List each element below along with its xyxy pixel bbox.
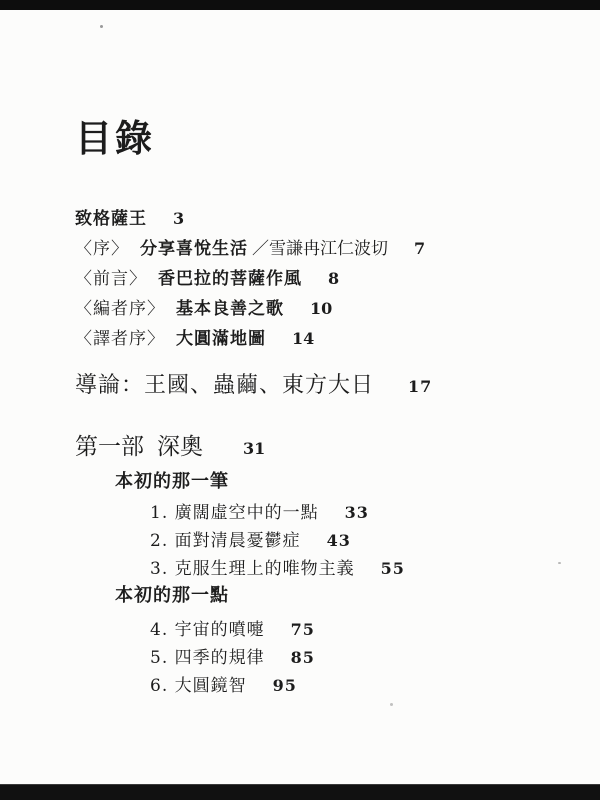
part-name: 深奧 <box>157 434 203 460</box>
chapter-item: 3. 克服生理上的唯物主義55 <box>150 555 575 583</box>
page-title: 目錄 <box>75 120 575 157</box>
chapter-item: 1. 廣闊虛空中的一點33 <box>150 499 575 527</box>
page-number: 10 <box>310 299 332 318</box>
toc-entry: 〈編者序〉基本良善之歌10 <box>75 294 575 324</box>
front-matter-list: 致格薩王3 〈序〉分享喜悅生活／雪謙冉江仁波切7 〈前言〉香巴拉的菩薩作風8 〈… <box>75 204 575 354</box>
page-number: 31 <box>243 439 265 458</box>
chapter-list: 4. 宇宙的噴嚏75 5. 四季的規律85 6. 大圓鏡智95 <box>75 616 575 700</box>
page-number: 75 <box>291 620 315 639</box>
entry-title: 大圓滿地圖 <box>176 329 266 349</box>
page-number: 8 <box>328 269 339 288</box>
chapter-item: 5. 四季的規律85 <box>150 644 575 672</box>
page-number: 14 <box>292 329 314 348</box>
chapter-label: 5. 四季的規律 <box>150 648 265 668</box>
page-number: 95 <box>273 676 297 695</box>
chapter-item: 2. 面對清晨憂鬱症43 <box>150 527 575 555</box>
toc-entry: 〈序〉分享喜悅生活／雪謙冉江仁波切7 <box>75 234 575 264</box>
toc-entry: 〈前言〉香巴拉的菩薩作風8 <box>75 264 575 294</box>
entry-prefix: 〈譯者序〉 <box>75 329 165 349</box>
chapter-label: 1. 廣闊虛空中的一點 <box>150 503 319 523</box>
chapter-item: 4. 宇宙的噴嚏75 <box>150 616 575 644</box>
toc-entry: 〈譯者序〉大圓滿地圖14 <box>75 324 575 354</box>
entry-prefix: 〈前言〉 <box>75 269 147 289</box>
entry-title: 香巴拉的菩薩作風 <box>158 269 302 289</box>
toc-content: 目錄 致格薩王3 〈序〉分享喜悅生活／雪謙冉江仁波切7 〈前言〉香巴拉的菩薩作風… <box>75 0 575 700</box>
toc-entry: 致格薩王3 <box>75 204 575 234</box>
page-number: 7 <box>414 239 425 258</box>
page-number: 55 <box>381 559 405 578</box>
section-heading: 本初的那一筆 <box>115 470 575 494</box>
entry-title: 致格薩王 <box>75 209 147 229</box>
entry-prefix: 〈編者序〉 <box>75 299 165 319</box>
chapter-item: 6. 大圓鏡智95 <box>150 672 575 700</box>
chapter-label: 3. 克服生理上的唯物主義 <box>150 559 355 579</box>
page-number: 3 <box>173 209 184 228</box>
entry-title: 基本良善之歌 <box>176 299 284 319</box>
part-heading: 第一部深奧31 <box>75 433 575 463</box>
scanned-toc-page: 目錄 致格薩王3 〈序〉分享喜悅生活／雪謙冉江仁波切7 〈前言〉香巴拉的菩薩作風… <box>0 0 600 800</box>
chapter-label: 4. 宇宙的噴嚏 <box>150 620 265 640</box>
part-label: 第一部 <box>75 434 144 460</box>
introduction-entry: 導論：王國、蟲繭、東方大日17 <box>75 371 575 402</box>
scan-edge-bottom <box>0 785 600 800</box>
entry-author: ／雪謙冉江仁波切 <box>252 239 388 259</box>
page-number: 85 <box>291 648 315 667</box>
page-number: 43 <box>327 531 351 550</box>
page-number: 33 <box>345 503 369 522</box>
chapter-label: 6. 大圓鏡智 <box>150 676 247 696</box>
scan-speck <box>390 703 393 706</box>
section-heading: 本初的那一點 <box>115 584 575 608</box>
introduction-label: 導論：王國、蟲繭、東方大日 <box>75 373 374 398</box>
entry-title: 分享喜悅生活 <box>140 239 248 259</box>
entry-prefix: 〈序〉 <box>75 239 129 259</box>
page-number: 17 <box>408 377 432 396</box>
chapter-list: 1. 廣闊虛空中的一點33 2. 面對清晨憂鬱症43 3. 克服生理上的唯物主義… <box>75 499 575 583</box>
chapter-label: 2. 面對清晨憂鬱症 <box>150 531 301 551</box>
